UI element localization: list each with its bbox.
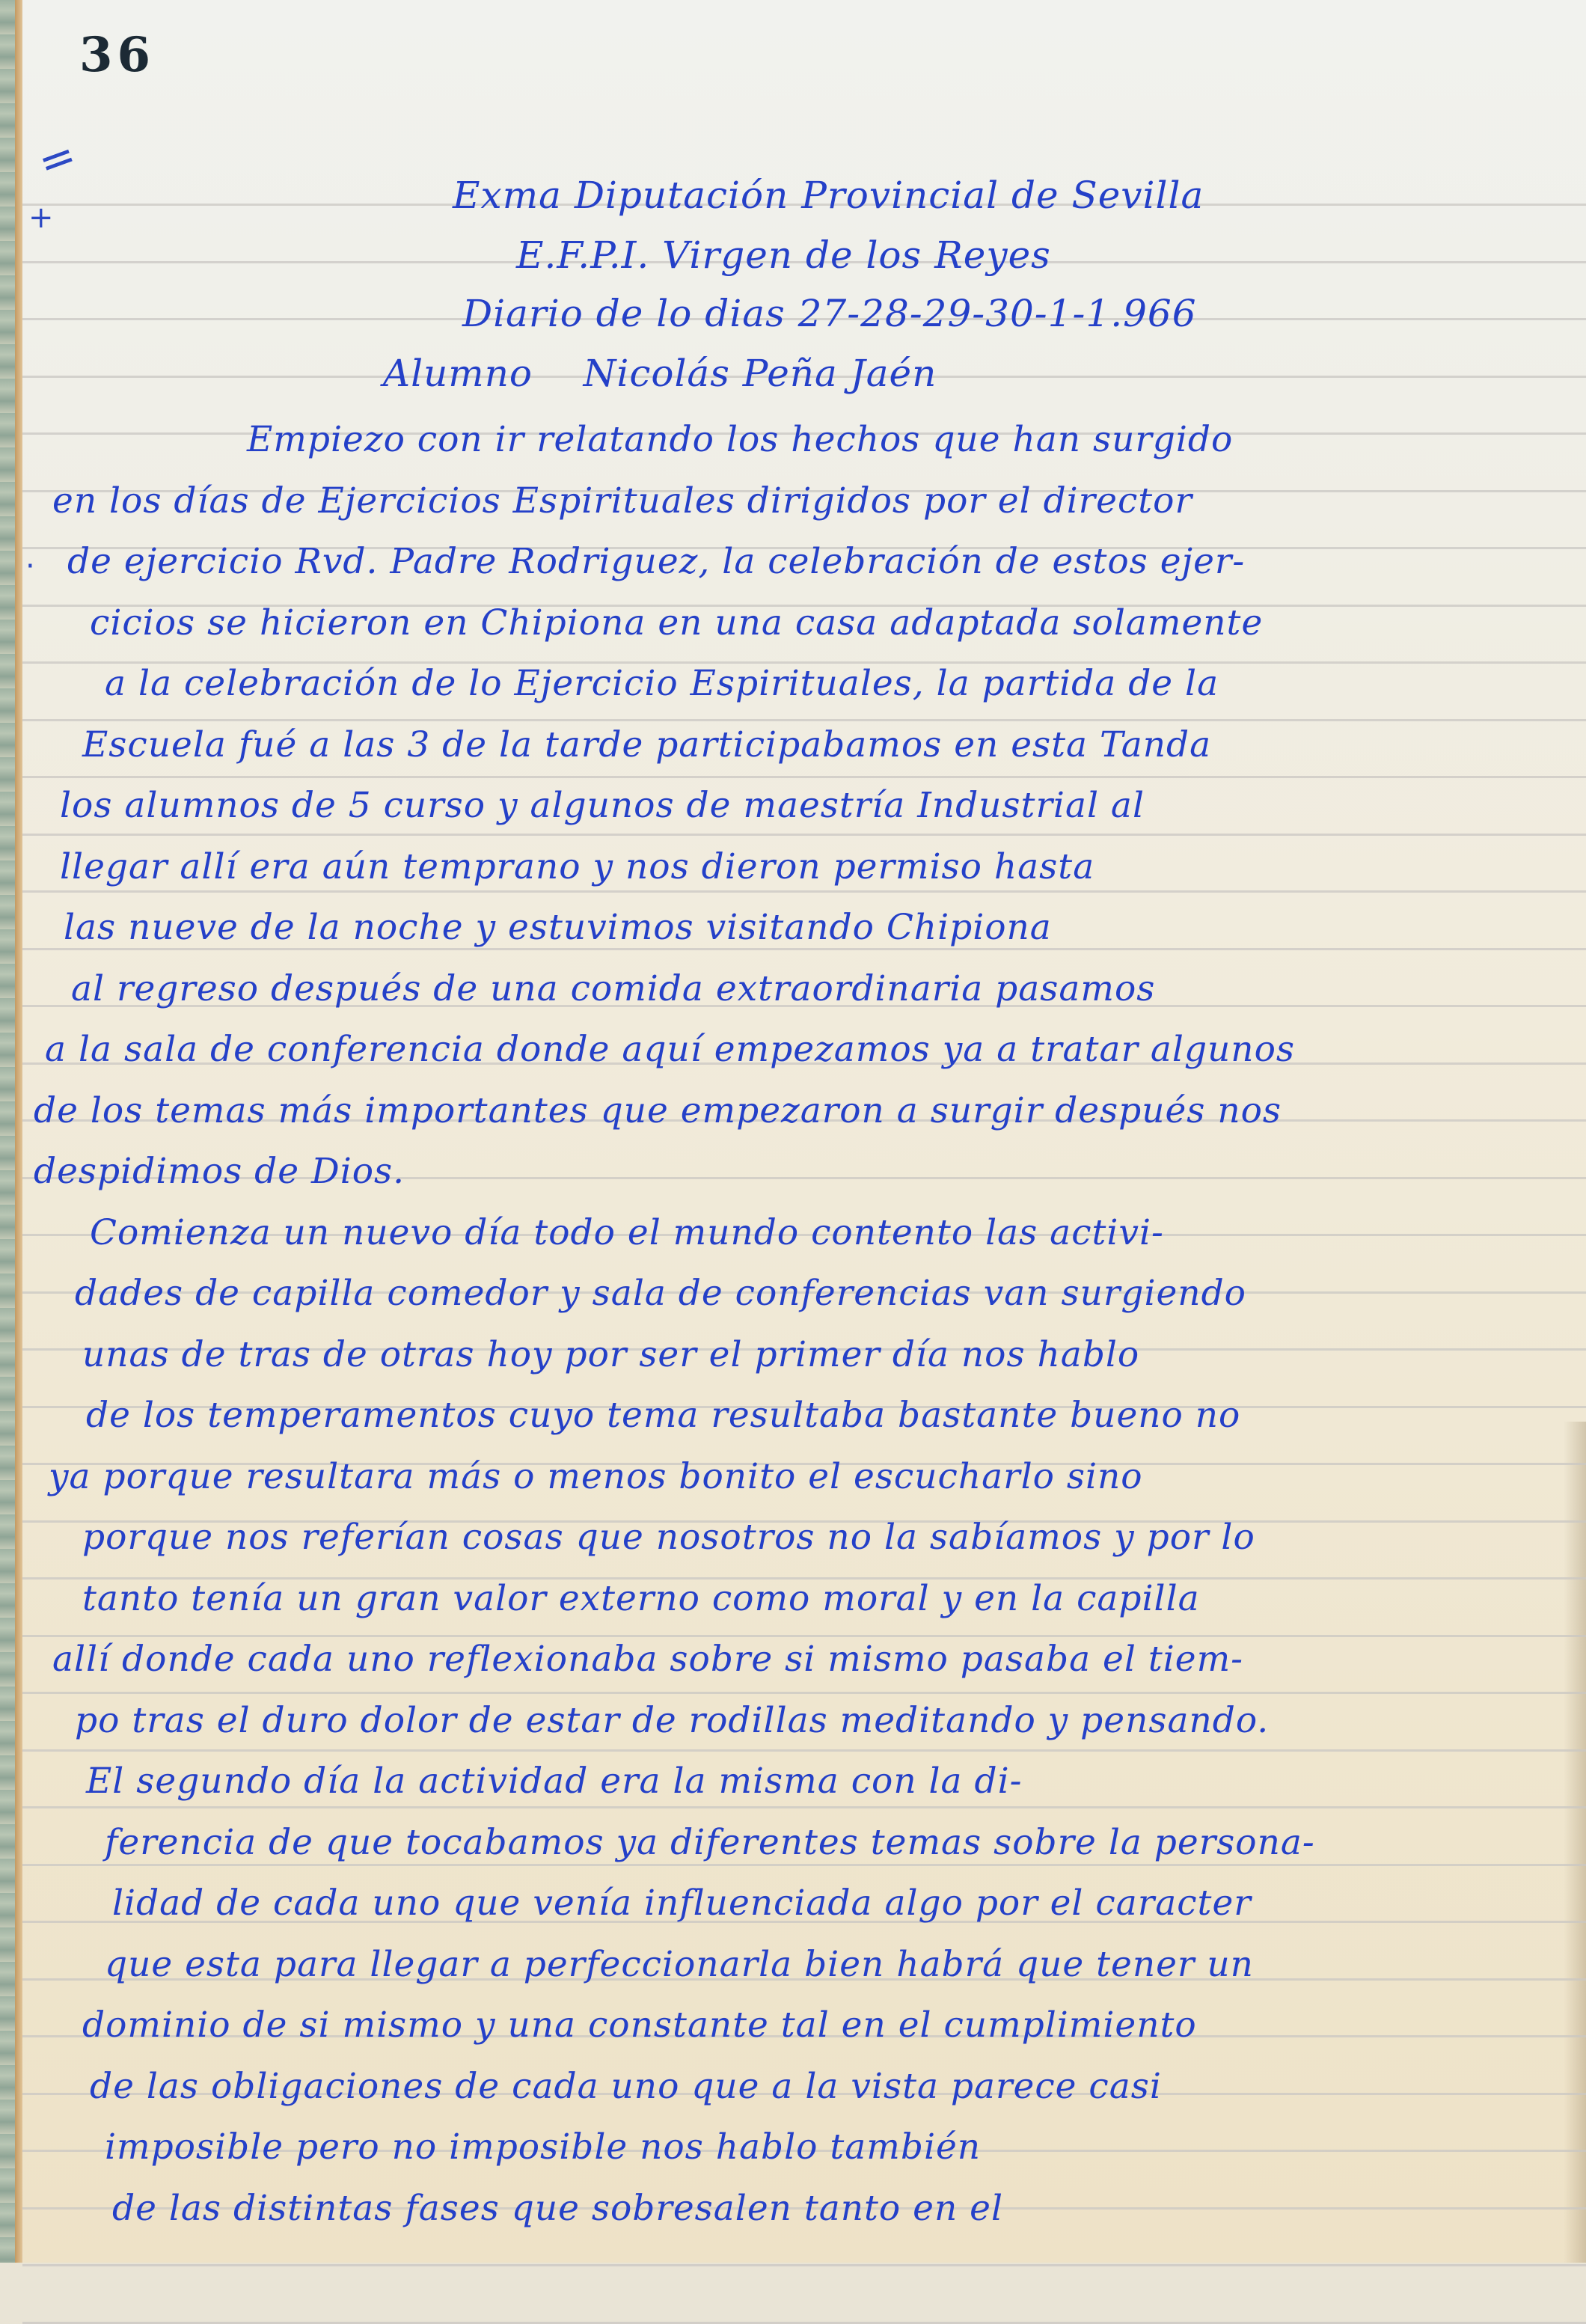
margin-mark-plus: + [28,201,54,235]
diary-line: de los temperamentos cuyo tema resultaba… [86,1395,1240,1436]
ruled-line [22,1864,1586,1866]
diary-line: despidimos de Dios. [34,1151,405,1192]
header-institution: Exma Diputación Provincial de Sevilla [453,174,1204,217]
diary-line: po tras el duro dolor de estar de rodill… [75,1700,1269,1741]
page-number: 36 [79,27,155,83]
diary-line: llegar allí era aún temprano y nos diero… [60,846,1094,887]
diary-line: porque nos referían cosas que nosotros n… [82,1517,1255,1558]
diary-line: dominio de si mismo y una constante tal … [82,2005,1197,2046]
diary-line: a la celebración de lo Ejercicio Espirit… [105,663,1219,704]
diary-line: Comienza un nuevo día todo el mundo cont… [90,1212,1164,1253]
diary-line: las nueve de la noche y estuvimos visita… [64,907,1052,948]
diary-line: que esta para llegar a perfeccionarla bi… [105,1944,1254,1985]
diary-line: tanto tenía un gran valor externo como m… [82,1578,1200,1619]
diary-line: unas de tras de otras hoy por ser el pri… [82,1334,1139,1375]
diary-line: Escuela fué a las 3 de la tarde particip… [82,724,1211,765]
margin-mark-equals: = [31,129,83,189]
ruled-line [22,776,1586,778]
diary-line: cicios se hicieron en Chipiona en una ca… [90,602,1263,643]
margin-mark-dot: · [25,549,35,584]
ruled-line [22,719,1586,721]
notebook-page: 36 = + · Exma Diputación Provincial de S… [0,0,1586,2263]
header-student: Alumno Nicolás Peña Jaén [383,352,937,395]
ruled-line [22,890,1586,893]
diary-line: al regreso después de una comida extraor… [71,968,1155,1009]
diary-line: allí donde cada uno reflexionaba sobre s… [52,1639,1243,1680]
ruled-line [22,834,1586,836]
page-edge [15,0,22,2263]
ruled-line [22,1806,1586,1808]
diary-line: lidad de cada uno que venía influenciada… [112,1883,1252,1924]
diary-line: de ejercicio Rvd. Padre Rodriguez, la ce… [67,541,1245,582]
diary-line: ferencia de que tocabamos ya diferentes … [105,1822,1315,1863]
diary-line: dades de capilla comedor y sala de confe… [75,1273,1246,1314]
diary-line: de las obligaciones de cada uno que a la… [90,2066,1162,2107]
ruled-line [22,1749,1586,1752]
ruled-line [22,1635,1586,1637]
diary-line: de las distintas fases que sobresalen ta… [112,2188,1003,2229]
ruled-line [22,1692,1586,1694]
header-school: E.F.P.I. Virgen de los Reyes [516,233,1051,277]
diary-line: El segundo día la actividad era la misma… [86,1761,1023,1802]
diary-line: los alumnos de 5 curso y algunos de maes… [60,785,1145,826]
page-shadow [1564,1422,1586,2263]
notebook-binding [0,0,16,2263]
diary-line: en los días de Ejercicios Espirituales d… [52,480,1192,522]
diary-line: a la sala de conferencia donde aquí empe… [45,1029,1295,1070]
diary-line: ya porque resultara más o menos bonito e… [49,1456,1143,1497]
header-diary-dates: Diario de lo dias 27-28-29-30-1-1.966 [462,292,1197,335]
diary-line: imposible pero no imposible nos hablo ta… [105,2126,981,2168]
diary-line: Empiezo con ir relatando los hechos que … [247,419,1233,460]
diary-line: de los temas más importantes que empezar… [34,1090,1282,1131]
